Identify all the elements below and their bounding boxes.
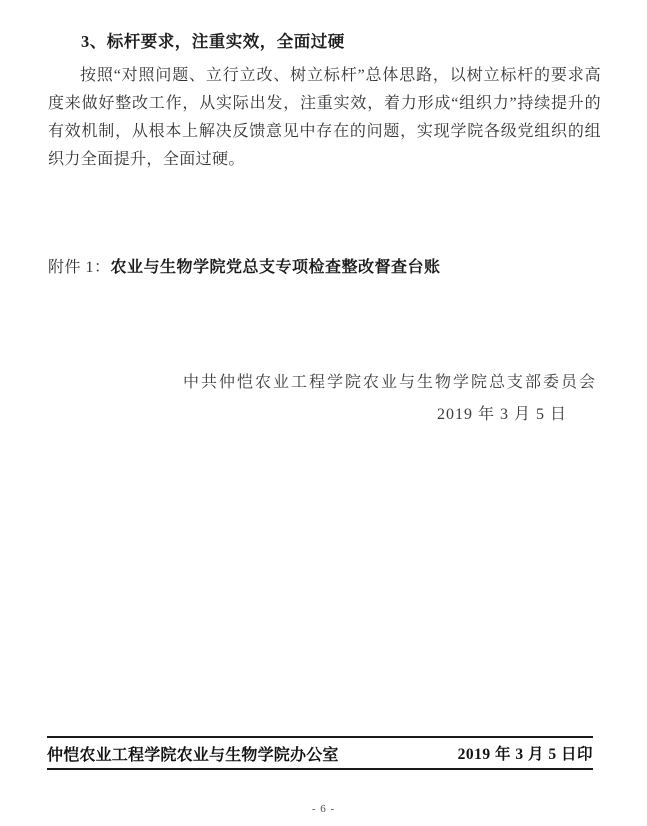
section-heading: 3、标杆要求，注重实效，全面过硬: [48, 30, 601, 54]
body-paragraph: 按照“对照问题、立行立改、树立标杆”总体思路，以树立标杆的要求高度来做好整改工作…: [48, 62, 601, 174]
document-content: 3、标杆要求，注重实效，全面过硬 按照“对照问题、立行立改、树立标杆”总体思路，…: [48, 0, 601, 427]
footer-office-name: 仲恺农业工程学院农业与生物学院办公室: [47, 742, 339, 765]
attachment-title: 农业与生物学院党总支专项检查整改督查台账: [111, 259, 441, 276]
attachment-label: 附件 1：: [48, 259, 111, 276]
attachment-line: 附件 1：农业与生物学院党总支专项检查整改督查台账: [48, 255, 601, 281]
page-number: - 6 -: [0, 803, 647, 815]
signature-organization: 中共仲恺农业工程学院农业与生物学院总支部委员会: [48, 371, 601, 395]
footer-print-date: 2019 年 3 月 5 日印: [458, 742, 593, 764]
signature-date: 2019 年 3 月 5 日: [48, 403, 601, 427]
print-footer: 仲恺农业工程学院农业与生物学院办公室 2019 年 3 月 5 日印: [47, 736, 593, 770]
signature-block: 中共仲恺农业工程学院农业与生物学院总支部委员会 2019 年 3 月 5 日: [48, 371, 601, 427]
document-page: 3、标杆要求，注重实效，全面过硬 按照“对照问题、立行立改、树立标杆”总体思路，…: [0, 0, 647, 826]
